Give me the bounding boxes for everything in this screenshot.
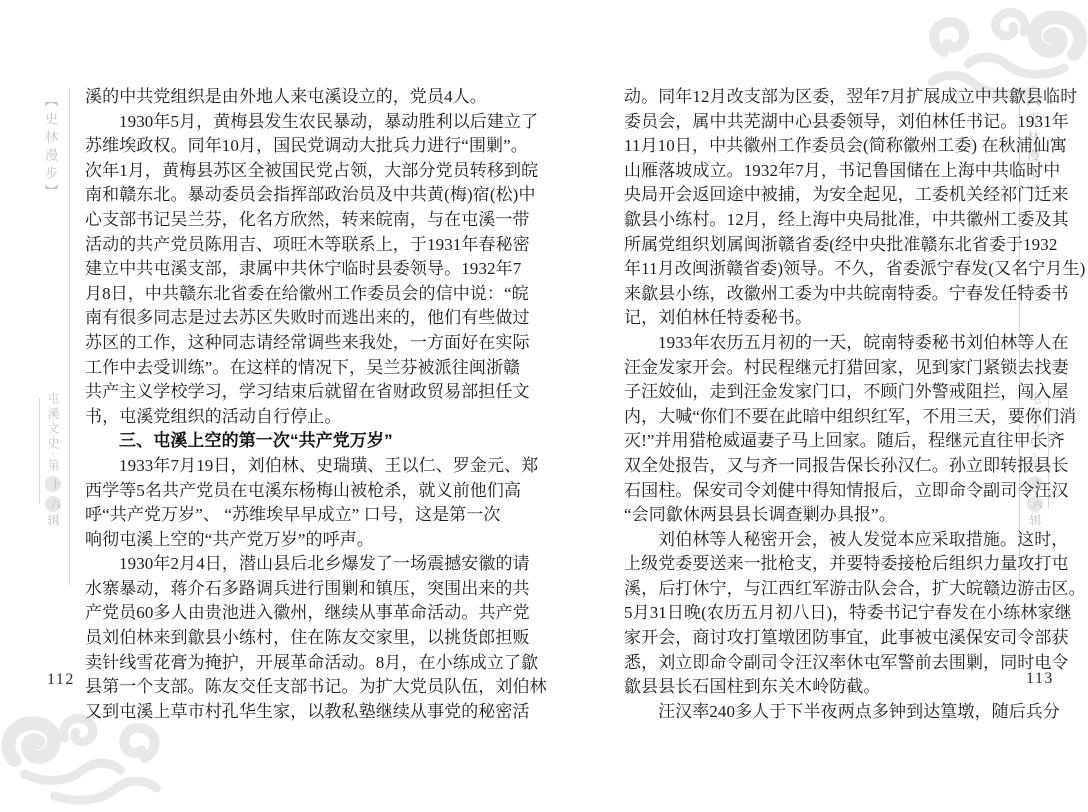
text-line: 响彻屯溪上空的“共产党万岁”的呼声。	[85, 528, 469, 553]
text-line: 县第一个支部。陈友交任支部书记。为扩大党员队伍，刘伯林	[85, 675, 469, 700]
text-line: 活动的共产党员陈用吉、项旺木等联系上，于1931年春秘密	[85, 233, 469, 258]
text-line: 内，大喊“你们不要在此暗中组织红军，不用三天，要你们消	[624, 405, 1008, 430]
page-text-column: 溪的中共党组织是由外地人来屯溪设立的，党员4人。1930年5月，黄梅县发生农民暴…	[85, 85, 469, 724]
text-line: 动。同年12月改支部为区委，翌年7月扩展成立中共歙县临时	[624, 85, 1008, 110]
text-line: 歙县小练村。12月，经上海中央局批准，中共徽州工委及其	[624, 208, 1008, 233]
text-line: 汪金发家开会。村民程继元打猎回家，见到家门紧锁去找妻	[624, 356, 1008, 381]
text-line: 双全处报告，又与齐一同报告保长孙汉仁。孙立即转报县长	[624, 454, 1008, 479]
text-line: 1930年2月4日，潜山县后北乡爆发了一场震撼安徽的请	[85, 552, 469, 577]
text-line: 来歙县小练，改徽州工委为中共皖南特委。宁春发任特委书	[624, 282, 1008, 307]
text-line: 5月31日晚(农历五月初八日)，特委书记宁春发在小练林家继	[624, 601, 1008, 626]
text-line: 产党员60多人由贵池进入徽州，继续从事革命活动。共产党	[85, 601, 469, 626]
text-line: 悉，刘立即命令副司令汪汉率休屯军警前去围剿，同时电令	[624, 651, 1008, 676]
text-line: 次年1月，黄梅县苏区全被国民党占领，大部分党员转移到皖	[85, 159, 469, 184]
text-line: 员刘伯林来到歙县小练村，住在陈友交家里，以挑货郎担贩	[85, 626, 469, 651]
text-line: 记，刘伯林任特委秘书。	[624, 306, 1008, 331]
page-number: 113	[1026, 670, 1054, 688]
text-line: 卖针线雪花膏为掩护，开展革命活动。8月，在小练成立了歙	[85, 651, 469, 676]
text-line: 书，屯溪党组织的活动自行停止。	[85, 405, 469, 430]
text-line: 11月10日，中共徽州工作委员会(简称徽州工委) 在秋浦仙寓	[624, 134, 1008, 159]
margin-label-series: 【史林漫步】	[41, 94, 60, 202]
text-line: 石国柱。保安司令刘健中得知情报后，立即命令副司令汪汉	[624, 479, 1008, 504]
text-line: 心支部书记吴兰芬，化名方欣然，转来皖南，与在屯溪一带	[85, 208, 469, 233]
text-line: 央局开会返回途中被捕，为安全起见，工委机关经祁门迁来	[624, 183, 1008, 208]
text-line: 溪，后打休宁，与江西红军游击队会合，扩大皖赣边游击区。	[624, 577, 1008, 602]
volume-label-suffix: 辑	[1028, 514, 1042, 529]
text-line: 委员会，属中共芜湖中心县委领导，刘伯林任书记。1931年	[624, 110, 1008, 135]
page-number: 112	[47, 671, 75, 689]
text-line: 西学等5名共产党员在屯溪东杨梅山被枪杀，就义前他们高	[85, 479, 469, 504]
margin-label-volume: 屯溪文史·第十六辑	[45, 392, 62, 529]
text-line: 水寨暴动，蒋介石多路调兵进行围剿和镇压，突围出来的共	[85, 577, 469, 602]
text-line: 南和赣东北。暴动委员会指挥部政治员及中共黄(梅)宿(松)中	[85, 183, 469, 208]
text-line: 刘伯林等人秘密开会，被人发觉本应采取措施。这时，	[624, 528, 1008, 553]
text-line: 所属党组织划属闽浙赣省委(经中央批准赣东北省委于1932	[624, 233, 1008, 258]
volume-label-prefix: 屯溪文史·第	[46, 392, 60, 474]
text-line: 上级党委要送来一批枪支，并要特委接枪后组织力量攻打屯	[624, 552, 1008, 577]
volume-circled-char: 六	[45, 496, 61, 512]
section-heading: 三、屯溪上空的第一次“共产党万岁”	[85, 429, 469, 454]
text-line: 工作中去受训练”。在这样的情况下，吴兰芬被派往闽浙赣	[85, 356, 469, 381]
text-line: 1930年5月，黄梅县发生农民暴动，暴动胜利以后建立了	[85, 110, 469, 135]
page-text-column: 动。同年12月改支部为区委，翌年7月扩展成立中共歙县临时委员会，属中共芜湖中心县…	[624, 85, 1008, 724]
text-line: 子汪姣仙，走到汪金发家门口，不顾门外警戒阻拦，闯入屋	[624, 380, 1008, 405]
text-line: 苏维埃政权。同年10月，国民党调动大批兵力进行“围剿”。	[85, 134, 469, 159]
text-line: 年11月改闽浙赣省委)领导。不久，省委派宁春发(又名宁月生)	[624, 257, 1008, 282]
text-line: 灭!”并用猎枪威逼妻子马上回家。随后，程继元直往甲长齐	[624, 429, 1008, 454]
text-line: 呼“共产党万岁”、 “苏维埃早早成立” 口号，这是第一次	[85, 503, 469, 528]
text-line: 汪汉率240多人于下半夜两点多钟到达篁墩，随后兵分	[624, 700, 1008, 725]
text-line: 南有很多同志是过去苏区失败时而逃出来的，他们有些做过	[85, 306, 469, 331]
text-line: 月8日，中共赣东北省委在给徽州工作委员会的信中说：“皖	[85, 282, 469, 307]
text-line: 家开会，商讨攻打篁墩团防事宜，此事被屯溪保安司令部获	[624, 626, 1008, 651]
text-line: 1933年7月19日，刘伯林、史瑞璜、王以仁、罗金元、郑	[85, 454, 469, 479]
text-line: 苏区的工作，这种同志请经常调些来我处，一方面好在实际	[85, 331, 469, 356]
text-line: 1933年农历五月初的一天，皖南特委秘书刘伯林等人在	[624, 331, 1008, 356]
text-line: 歙县县长石国柱到东关木岭防截。	[624, 675, 1008, 700]
volume-accent-rule	[39, 398, 40, 504]
text-line: 共产主义学校学习，学习结束后就留在省财政贸易部担任文	[85, 380, 469, 405]
text-line: 又到屯溪上草市村孔华生家，以教私塾继续从事党的秘密活	[85, 700, 469, 725]
text-line: 溪的中共党组织是由外地人来屯溪设立的，党员4人。	[85, 85, 469, 110]
text-line: 山雁落坡成立。1932年7月，书记鲁国储在上海中共临时中	[624, 159, 1008, 184]
book-spread: 【史林漫步】 屯溪文史·第十六辑 112 【史林漫步】 屯溪文史·第十六辑 11…	[0, 0, 1088, 812]
text-line: “会同歙休两县县长调查剿办具报”。	[624, 503, 1008, 528]
volume-label-suffix: 辑	[46, 514, 60, 529]
margin-rule	[69, 88, 70, 585]
text-line: 建立中共屯溪支部，隶属中共休宁临时县委领导。1932年7	[85, 257, 469, 282]
volume-circled-char: 十	[45, 476, 61, 492]
